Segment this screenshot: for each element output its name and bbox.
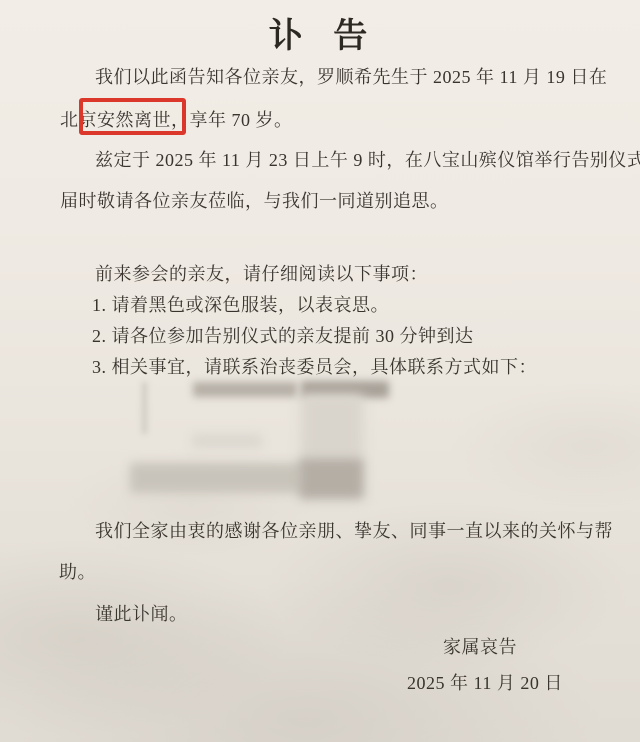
redacted-contact-blur [142, 382, 147, 434]
instruction-item-3: 3. 相关事宜，请联系治丧委员会，具体联系方式如下： [92, 356, 537, 378]
closing-line: 谨此讣闻。 [95, 603, 188, 625]
obituary-notice-photo: 讣 告 我们以此函告知各位亲友，罗顺希先生于 2025 年 11 月 19 日在… [0, 0, 640, 742]
instruction-item-2: 2. 请各位参加告别仪式的亲友提前 30 分钟到达 [92, 325, 474, 347]
notice-title: 讣 告 [0, 8, 640, 57]
redacted-contact-blur [130, 463, 306, 493]
instruction-item-1: 1. 请着黑色或深色服装，以表哀思。 [92, 294, 389, 316]
redacted-contact-blur [300, 459, 363, 498]
ceremony-line-1: 兹定于 2025 年 11 月 23 日上午 9 时，在八宝山殡仪馆举行告别仪式… [95, 149, 640, 171]
notice-date: 2025 年 11 月 20 日 [407, 672, 563, 694]
redacted-contact-blur [193, 382, 297, 397]
redacted-contact-blur [192, 434, 262, 448]
red-highlight-box [79, 98, 186, 135]
thanks-line-2: 助。 [59, 561, 96, 583]
intro-line-1: 我们以此函告知各位亲友，罗顺希先生于 2025 年 11 月 19 日在 [95, 66, 607, 88]
ceremony-line-2: 届时敬请各位亲友莅临，与我们一同道别追思。 [60, 190, 449, 212]
instructions-header: 前来参会的亲友，请仔细阅读以下事项： [95, 263, 428, 285]
family-signature: 家属哀告 [443, 636, 517, 658]
thanks-line-1: 我们全家由衷的感谢各位亲朋、挚友、同事一直以来的关怀与帮 [95, 520, 613, 542]
